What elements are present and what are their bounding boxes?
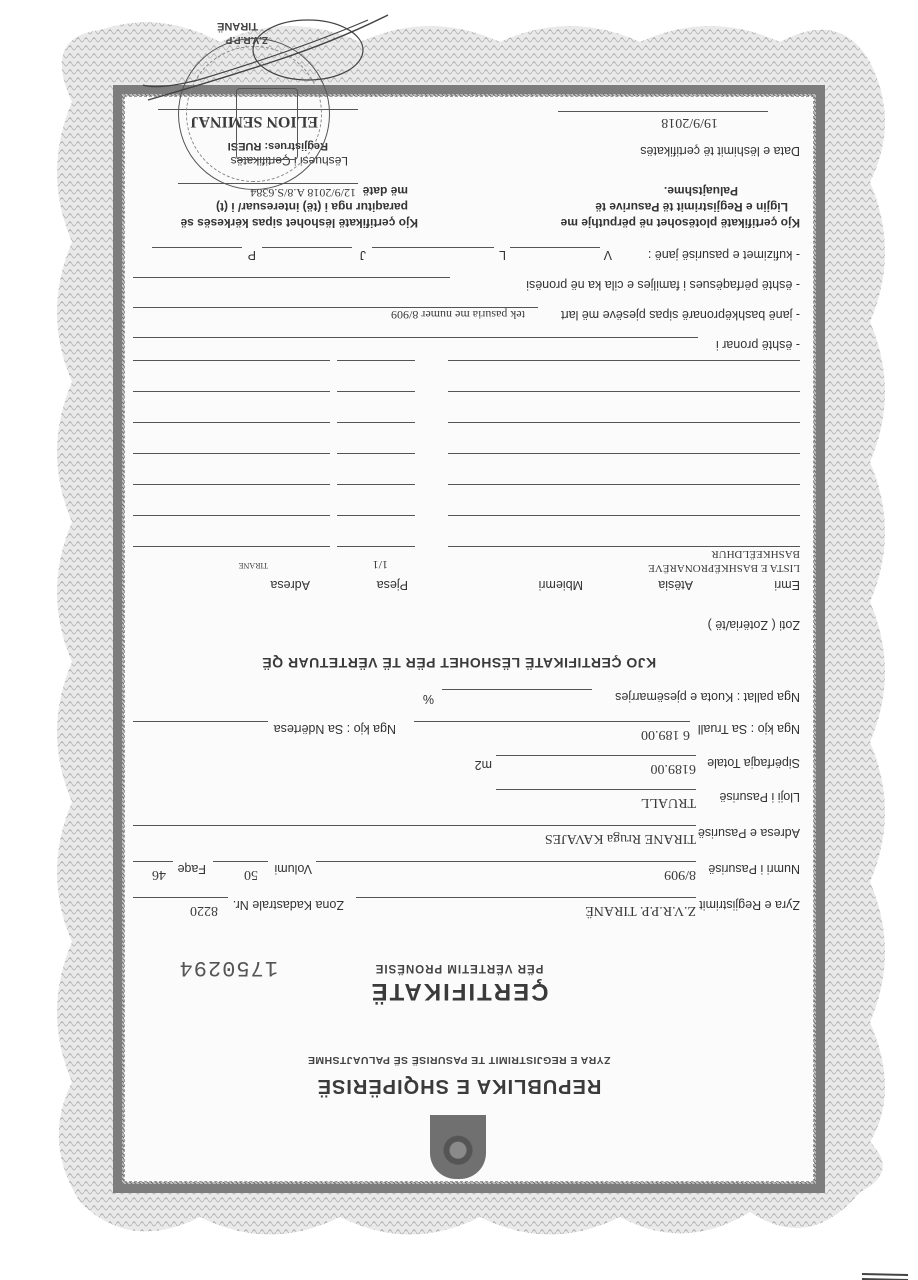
total-area-label: Sipërfaqja Totale (707, 756, 800, 770)
border-l-label: L (499, 248, 506, 262)
statement-family: - është përfaqësues i familjes e cila ka… (526, 278, 800, 292)
serial-number: 1750294 (179, 955, 278, 980)
certificate-subtitle: PËR VËRTETIM PRONËSIE (0, 962, 918, 974)
table-row-line (337, 484, 415, 485)
apartment-share-unit: % (423, 692, 434, 706)
address-label: Adresa e Pasurisë (698, 826, 800, 840)
table-row-line (448, 484, 800, 485)
land-area-label: Nga kjo : Sa Truall (698, 722, 800, 736)
table-row-line (448, 546, 800, 547)
scan-edge-mark (860, 1272, 908, 1280)
issue-note-3: më datë (363, 184, 408, 198)
republic-title: REPUBLIKA E SHQIPËRISË (0, 1074, 918, 1097)
table-row-line (133, 391, 330, 392)
volume-label: Volumi (274, 862, 312, 876)
address-value: TIRANE Rruga KAVAJES (545, 830, 696, 846)
apartment-share-label: Nga pallat : Kuota e pjesëmarrjes (615, 690, 800, 704)
property-type-label: Lloji i Pasurisë (719, 790, 800, 804)
property-number-value: 8/909 (664, 866, 696, 882)
area-unit: m2 (475, 758, 492, 772)
table-row-line (448, 453, 800, 454)
statement-borders: - kufizimet e pasurisë janë : (648, 248, 800, 262)
table-row-adresa: TIRANE (239, 561, 268, 570)
owner-intro: Zoti ( Zotëria/të ) (708, 618, 800, 632)
table-row-line (337, 546, 415, 547)
total-area-value: 6189.00 (651, 760, 697, 776)
certificate-page: REPUBLIKA E SHQIPËRISË ZYRA E REGJISTRIM… (0, 0, 918, 1280)
table-row-emri: LISTA E BASHKËPRONARËVE (648, 562, 800, 574)
registry-office-value: Z.V.R.P.P. TIRANË (585, 902, 696, 918)
building-area-label: Nga kjo : Sa Ndërtesa (274, 722, 396, 736)
land-area-value: 6 189.00 (641, 726, 690, 742)
legal-note-2: Ligjin e Regjistrimit të Pasurive të (595, 200, 788, 214)
cadastral-zone-value: 8220 (190, 902, 218, 918)
table-row-line (337, 515, 415, 516)
certificate-title: ÇERTIFIKATË (0, 977, 918, 1005)
column-emri: Emri (774, 578, 800, 592)
issue-note-1: Kjo çertifikatë lëshohet sipas kërkesës … (181, 216, 418, 230)
column-adresa: Adresa (270, 578, 310, 592)
table-row-line (337, 360, 415, 361)
page-label: Faqe (178, 862, 207, 876)
certifies-heading: KJO ÇERTIFIKATË LËSHOHET PËR TË VËRTETUA… (0, 655, 918, 671)
column-pjesa: Pjesa (377, 578, 408, 592)
table-row-line (337, 391, 415, 392)
office-title: ZYRA E REGJISTRIMIT TE PASURISË SË PALUA… (0, 1054, 918, 1066)
table-row-line (448, 515, 800, 516)
table-row-line (133, 453, 330, 454)
eagle-emblem-icon (430, 1115, 486, 1179)
co-owners-note: tek pasuria me numer 8/909 (391, 307, 525, 322)
legal-note-1: Kjo çertifikatë plotësohet në përputhje … (561, 216, 800, 230)
table-row-pjesa: 1/1 (373, 557, 388, 572)
table-row-line (337, 422, 415, 423)
border-p-label: P (248, 248, 256, 262)
column-atesia: Atësia (658, 578, 693, 592)
statement-owner: - është pronar i (716, 338, 800, 352)
table-row-line (133, 546, 330, 547)
border-j-label: J (360, 248, 366, 262)
table-row-line (133, 515, 330, 516)
table-row-line (448, 360, 800, 361)
table-row-line (133, 484, 330, 485)
table-row-line (133, 422, 330, 423)
property-number-label: Numri i Pasurisë (708, 862, 800, 876)
page-value: 46 (152, 866, 166, 882)
border-v-label: V (604, 248, 612, 262)
table-row-line (133, 360, 330, 361)
volume-value: 50 (244, 866, 258, 882)
signature-scribble (138, 0, 398, 110)
legal-note-3: Paluajtshme. (664, 184, 738, 198)
cadastral-zone-label: Zona Kadastrale Nr. (233, 898, 344, 912)
table-row-line (448, 391, 800, 392)
property-type-value: TRUALL (641, 794, 696, 810)
table-row-note: BASHKEËLDHUR (711, 548, 800, 560)
statement-co-owners: - janë bashkëpronarë sipas pjesëve më la… (561, 308, 800, 322)
table-row-line (448, 422, 800, 423)
registry-office-label: Zyra e Regjistrimit (699, 898, 800, 912)
issue-note-2: paraqitur nga i (të) interesuar/ i (t) (216, 200, 408, 214)
column-mbiemri: Mbiemri (539, 578, 583, 592)
issue-date-label: Data e lëshimit të çertifikatës (640, 144, 800, 158)
table-row-line (337, 453, 415, 454)
issue-date-value: 19/9/2018 (661, 114, 718, 130)
